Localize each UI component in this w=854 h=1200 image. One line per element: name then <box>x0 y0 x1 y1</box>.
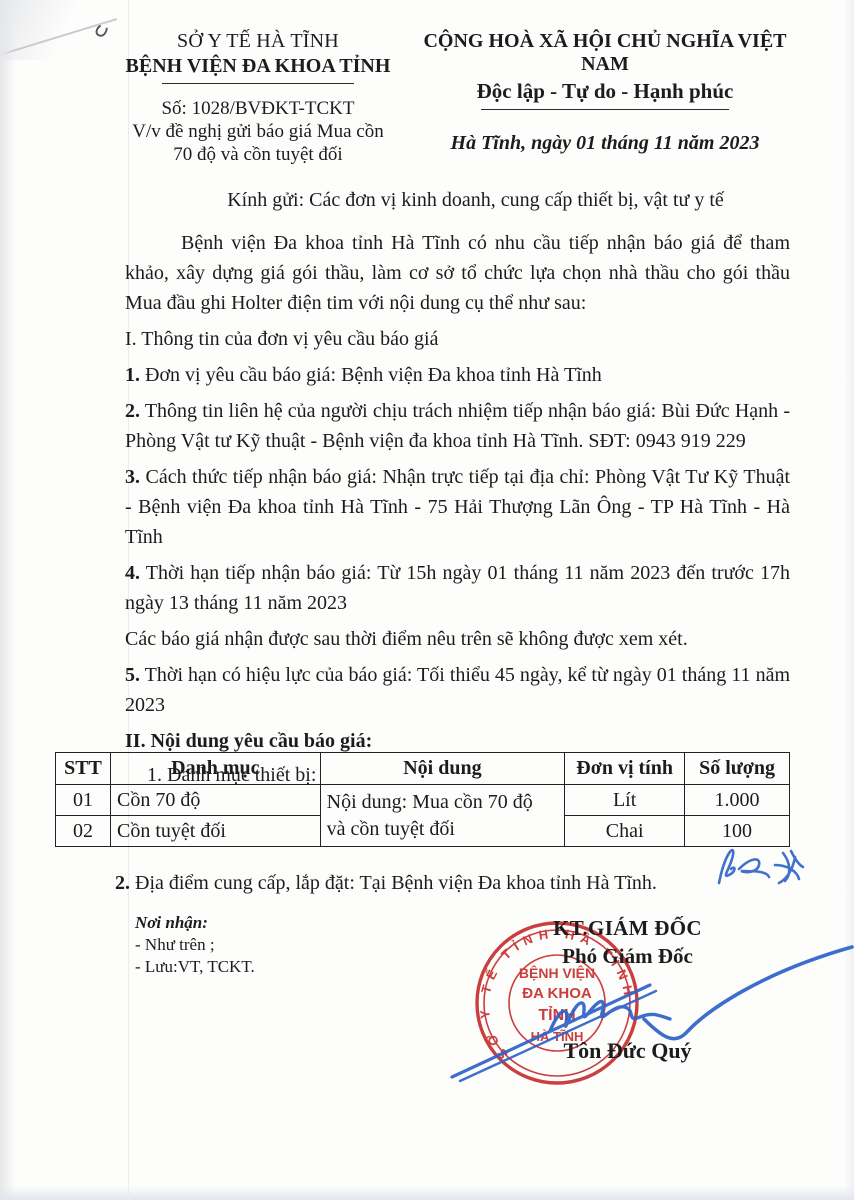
item-3: 3. Cách thức tiếp nhận báo giá: Nhận trự… <box>125 462 790 552</box>
scanned-document-page: SỞ Y TẾ HÀ TĨNH BỆNH VIỆN ĐA KHOA TỈNH S… <box>0 0 854 1200</box>
delivery-location-text: Địa điểm cung cấp, lắp đặt: Tại Bệnh việ… <box>130 872 657 894</box>
row2-stt: 02 <box>56 816 111 847</box>
late-quote-note: Các báo giá nhận được sau thời điểm nêu … <box>125 624 790 654</box>
merged-noi-dung-line2: và cồn tuyệt đối <box>327 816 559 843</box>
org-underline <box>162 83 354 84</box>
item-1-number: 1. <box>125 364 140 386</box>
row1-so-luong: 1.000 <box>685 785 790 816</box>
motto-underline <box>481 109 729 110</box>
recipients-label: Nơi nhận: <box>135 912 255 934</box>
col-header-so-luong: Số lượng <box>685 753 790 785</box>
recipients-line-2: - Lưu:VT, TCKT. <box>135 956 255 978</box>
row1-don-vi-tinh: Lít <box>565 785 685 816</box>
table-row: 01 Cồn 70 độ Nội dung: Mua cồn 70 độ và … <box>56 785 790 816</box>
row1-stt: 01 <box>56 785 111 816</box>
item-5-number: 5. <box>125 664 140 686</box>
national-title: CỘNG HOÀ XÃ HỘI CHỦ NGHĨA VIỆT NAM <box>416 30 794 76</box>
subject-line-1: V/v đề nghị gửi báo giá Mua cồn <box>100 120 416 143</box>
document-number: Số: 1028/BVĐKT-TCKT <box>100 98 416 120</box>
signer-name: Tôn Đức Quý <box>455 1038 800 1064</box>
handwritten-signature <box>430 915 854 1100</box>
merged-noi-dung-line1: Nội dung: Mua cồn 70 độ <box>327 789 559 816</box>
delivery-location-number: 2. <box>115 872 130 894</box>
item-1-text: Đơn vị yêu cầu báo giá: Bệnh viện Đa kho… <box>140 364 602 386</box>
subject-line-2: 70 độ và cồn tuyệt đối <box>100 143 416 166</box>
col-header-noi-dung: Nội dung <box>320 753 565 785</box>
merged-noi-dung-cell: Nội dung: Mua cồn 70 độ và cồn tuyệt đối <box>320 785 565 847</box>
section-1-heading: I. Thông tin của đơn vị yêu cầu báo giá <box>125 324 790 354</box>
intro-paragraph: Bệnh viện Đa khoa tỉnh Hà Tĩnh có nhu cầ… <box>125 228 790 318</box>
handwritten-initials <box>695 835 815 905</box>
item-1: 1. Đơn vị yêu cầu báo giá: Bệnh viện Đa … <box>125 360 790 390</box>
scan-edge-left <box>0 0 16 1200</box>
header-issuing-org: SỞ Y TẾ HÀ TĨNH BỆNH VIỆN ĐA KHOA TỈNH S… <box>100 30 416 166</box>
item-4-text: Thời hạn tiếp nhận báo giá: Từ 15h ngày … <box>125 562 790 614</box>
equipment-table: STT Danh mục Nội dung Đơn vị tính Số lượ… <box>55 752 790 847</box>
row1-danh-muc: Cồn 70 độ <box>110 785 320 816</box>
document-body: Kính gửi: Các đơn vị kinh doanh, cung cấ… <box>125 185 790 790</box>
item-3-text: Cách thức tiếp nhận báo giá: Nhận trực t… <box>125 466 790 548</box>
item-4-number: 4. <box>125 562 140 584</box>
place-and-date: Hà Tĩnh, ngày 01 tháng 11 năm 2023 <box>416 132 794 155</box>
row2-don-vi-tinh: Chai <box>565 816 685 847</box>
national-motto: Độc lập - Tự do - Hạnh phúc <box>416 79 794 104</box>
header-national-motto: CỘNG HOÀ XÃ HỘI CHỦ NGHĨA VIỆT NAM Độc l… <box>416 30 794 155</box>
item-5-text: Thời hạn có hiệu lực của báo giá: Tối th… <box>125 664 790 716</box>
col-header-stt: STT <box>56 753 111 785</box>
delivery-location-line: 2. Địa điểm cung cấp, lắp đặt: Tại Bệnh … <box>115 872 657 895</box>
item-3-number: 3. <box>125 466 140 488</box>
recipients-line-1: - Như trên ; <box>135 934 255 956</box>
org-parent-name: SỞ Y TẾ HÀ TĨNH <box>100 30 416 53</box>
col-header-don-vi-tinh: Đơn vị tính <box>565 753 685 785</box>
item-5: 5. Thời hạn có hiệu lực của báo giá: Tối… <box>125 660 790 720</box>
table-header-row: STT Danh mục Nội dung Đơn vị tính Số lượ… <box>56 753 790 785</box>
item-2-number: 2. <box>125 400 140 422</box>
row2-danh-muc: Cồn tuyệt đối <box>110 816 320 847</box>
item-2-text: Thông tin liên hệ của người chịu trách n… <box>125 400 790 452</box>
org-name: BỆNH VIỆN ĐA KHOA TỈNH <box>100 55 416 78</box>
recipients-block: Nơi nhận: - Như trên ; - Lưu:VT, TCKT. <box>135 912 255 978</box>
item-4: 4. Thời hạn tiếp nhận báo giá: Từ 15h ng… <box>125 558 790 618</box>
salutation-line: Kính gửi: Các đơn vị kinh doanh, cung cấ… <box>161 185 790 215</box>
item-2: 2. Thông tin liên hệ của người chịu trác… <box>125 396 790 456</box>
col-header-danh-muc: Danh mục <box>110 753 320 785</box>
